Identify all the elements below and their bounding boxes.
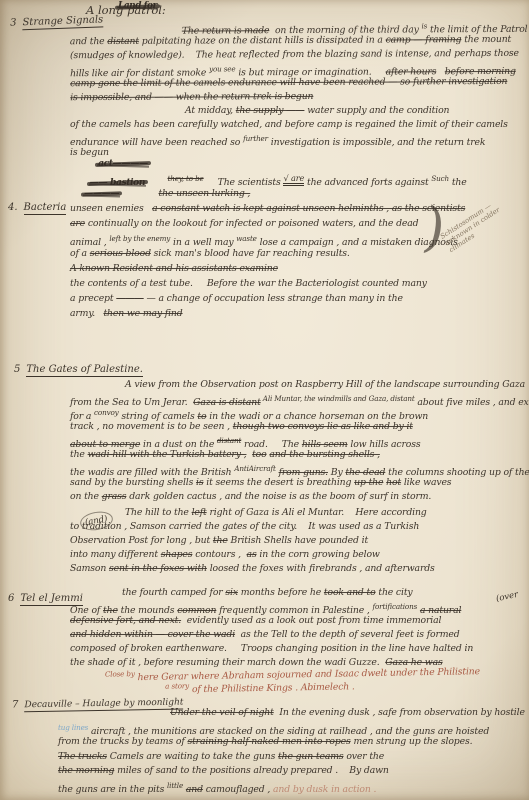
manuscript-line: sand by the bursting shells is it seems … [70, 476, 526, 490]
paragraph: The hill to the left right of Gaza is Al… [70, 506, 526, 576]
text-segment: months before he [238, 587, 324, 598]
paragraph: A view from the Observation post on Rasp… [70, 378, 526, 504]
section-5-heading: 5The Gates of Palestine. [14, 357, 143, 376]
text-segment: from the trucks by teams of [58, 736, 187, 747]
text-segment: Before the war the Bacteriologist counte… [193, 278, 427, 289]
text-segment: contours , [192, 549, 246, 560]
paragraph: The return is made on the morning of the… [70, 19, 526, 105]
struck-text-segment: though two convoys lie as like and by it [233, 421, 413, 432]
manuscript-line: Samson sent in the foxes with loosed the… [70, 562, 526, 576]
text-segment: — a change of occupation less strange th… [144, 293, 403, 304]
manuscript-line: A known Resident and his assistants exam… [70, 261, 526, 276]
inserted-text-segment: fortifications [373, 602, 418, 611]
struck-text-segment: shapes [161, 549, 193, 560]
struck-text-segment: the morning [58, 765, 114, 776]
text-segment: the city [376, 587, 413, 598]
inserted-text-segment: waste [236, 234, 257, 243]
struck-text-segment: as [247, 549, 257, 560]
blue-pencil-segment: tug lines [58, 723, 88, 732]
struck-text-segment: took and to [324, 587, 376, 598]
inserted-text-segment: Ali Muntar, the windmills and Gaza, dist… [261, 394, 415, 403]
manuscript-line: composed of broken earthenware. Troops c… [70, 642, 516, 656]
text-segment: British Shells have pounded it [228, 535, 368, 546]
text-segment [119, 188, 158, 199]
manuscript-line: a precept ——— — a change of occupation l… [70, 291, 526, 306]
manuscript-line: The hill to the left right of Gaza is Al… [70, 506, 526, 520]
inserted-text-segment: you see [209, 64, 235, 73]
manuscript-line: endurance will have been reached so furt… [70, 132, 526, 146]
manuscript-line: the wadi-hill with the Turkish battery ,… [70, 448, 526, 462]
text-segment: Camels are waiting to take the guns [107, 751, 278, 762]
manuscript-line: One of the the mounds common frequently … [70, 600, 516, 614]
struck-text-segment: camp — framing [386, 34, 462, 45]
section-number: 4. [8, 202, 18, 213]
struck-text-segment: distant [217, 436, 241, 445]
text-segment: of a [70, 248, 90, 259]
text-segment: loosed the foxes with firebrands , and a… [207, 563, 435, 574]
text-segment: At midday, [185, 105, 236, 116]
struck-text-segment: defensive fort, and next. [70, 615, 181, 626]
manuscript-line: ———— the unseen lurking , [70, 186, 526, 201]
text-segment: sand by the bursting shells [70, 477, 196, 488]
paragraph: At midday, the supply —— water supply an… [70, 104, 526, 160]
text-segment: water supply and the condition [304, 105, 449, 116]
scribble-segment: ———— [84, 188, 119, 199]
struck-text-segment: the supply —— [236, 105, 305, 116]
struck-text-segment: left [192, 507, 207, 518]
text-segment: the contents of a test tube. [70, 278, 193, 289]
inserted-text-segment: further [243, 134, 268, 143]
text-segment: it seems the desert is breathing [204, 477, 355, 488]
manuscript-line: Observation Post for long , but the Brit… [70, 534, 526, 548]
paragraph: the fourth camped for six months before … [70, 586, 516, 670]
scribble-segment: act———— [98, 158, 148, 169]
manuscript-line: the fourth camped for six months before … [70, 586, 516, 600]
text-segment: Samson [70, 563, 109, 574]
manuscript-line: The trucks Camels are waiting to take th… [58, 750, 526, 765]
struck-text-segment: distant [107, 36, 139, 47]
text-segment: into many different [70, 549, 161, 560]
struck-text-segment: serious blood [90, 248, 151, 259]
text-segment: the fourth camped for [122, 587, 225, 598]
section-4-margin-heading: 4.Bacteria [8, 195, 66, 214]
manuscript-line: on the grass dark golden cactus , and th… [70, 490, 526, 504]
manuscript-line: At midday, the supply —— water supply an… [70, 104, 526, 118]
section-title: The Gates of Palestine. [26, 364, 143, 377]
inserted-text-segment: √ are [283, 173, 304, 186]
manuscript-line: A view from the Observation post on Rasp… [70, 378, 526, 392]
text-segment: investigation is impossible, and the ret… [268, 137, 485, 148]
struck-text-segment: too [252, 449, 266, 460]
manuscript-line: the morning miles of sand to the positio… [58, 764, 526, 779]
text-segment: camouflaged , [203, 784, 270, 795]
inserted-text-segment: left by the enemy [109, 234, 170, 243]
struck-text-segment: A known Resident and his assistants exam… [70, 263, 278, 274]
text-segment: men strung up the slopes. [351, 736, 473, 747]
struck-text-segment: sent in the foxes with [109, 563, 207, 574]
manuscript-line: unseen enemies a constant watch is kept … [70, 201, 526, 216]
red-ink-segment: Close by [105, 669, 135, 679]
struck-text-segment: and [186, 784, 203, 795]
manuscript-page: Land for 3Strange Signals A long patrol:… [0, 0, 529, 800]
text-segment: the guns are in the pits [58, 784, 167, 795]
manuscript-line: the guns are in the pits little and camo… [58, 779, 526, 794]
text-segment: continually on the lookout for infected … [85, 218, 418, 229]
manuscript-line: the wadis are filled with the British An… [70, 462, 526, 476]
struck-text-segment: the unseen lurking , [159, 188, 251, 199]
text-segment: (smudges of knowledge). The heat reflect… [70, 48, 519, 61]
text-segment: to tradition , Samson carried the gates … [70, 521, 419, 532]
struck-text-segment: is [196, 477, 203, 488]
manuscript-line: act———— [70, 156, 526, 171]
text-segment: like waves [401, 477, 451, 488]
struck-text-segment: wadi-hill with the Turkish battery , [88, 449, 247, 460]
inserted-text-segment: little [167, 781, 183, 790]
manuscript-line: tug lines aircraft , the munitions are s… [58, 721, 526, 736]
scribble-segment: —— bastion [90, 177, 145, 188]
struck-text-segment: and the bursting shells , [269, 449, 380, 460]
manuscript-line: the contents of a test tube. Before the … [70, 276, 526, 291]
text-segment: on the [70, 491, 102, 502]
struck-text-segment: are [70, 218, 85, 229]
manuscript-line: Under the veil of night In the evening d… [58, 706, 526, 721]
manuscript-line: —— bastion they, to be The scientists √ … [70, 171, 526, 186]
section-number: 6 [8, 593, 14, 604]
text-segment: sick man's blood have far reaching resul… [151, 248, 350, 259]
red-ink-segment: of the Philistine Kings . Abimelech . [189, 681, 355, 695]
text-segment: the advanced forts against [304, 177, 431, 188]
text-segment: The hill to the [125, 507, 192, 518]
struck-text-segment: straining half-naked men into ropes [187, 736, 350, 747]
struck-text-segment: The trucks [58, 751, 107, 762]
text-segment: the [70, 449, 88, 460]
manuscript-line: to tradition , Samson carried the gates … [70, 520, 526, 534]
section-label: Bacteria [24, 202, 67, 215]
struck-text-segment: six [225, 587, 238, 598]
inserted-text-segment: convoy [94, 408, 119, 417]
text-segment: evidently used as a look out post from t… [181, 615, 441, 626]
text-segment: the [449, 177, 467, 188]
section-number: 3 [10, 17, 17, 28]
struck-text-segment: and hidden within — cover the wadi [70, 629, 235, 640]
struck-text-segment: is impossible, and —— when the return tr… [70, 91, 313, 103]
manuscript-line: about to merge in a dust on the distant … [70, 434, 526, 448]
struck-text-segment: grass [102, 491, 127, 502]
text-segment: dark golden cactus , and the noise is as… [126, 491, 431, 502]
struck-text-segment: the gun teams [278, 751, 343, 762]
text-segment: over the [344, 751, 385, 762]
struck-text-segment: hot [386, 477, 401, 488]
manuscript-line: is impossible, and —— when the return tr… [70, 89, 526, 105]
manuscript-line: track , no movement is to be seen , thou… [70, 420, 526, 434]
text-segment: miles of sand to the positions already p… [114, 765, 388, 776]
manuscript-line: from the trucks by teams of straining ha… [58, 735, 526, 750]
text-segment: about five miles , and except [415, 397, 529, 408]
text-segment: unseen enemies [70, 203, 152, 214]
text-segment: composed of broken earthenware. Troops c… [70, 643, 473, 654]
manuscript-line: for a convoy string of camels to in the … [70, 406, 526, 420]
struck-text-segment: a constant watch is kept against unseen … [152, 203, 465, 214]
text-segment: and the [70, 36, 107, 47]
text-segment: a precept [70, 293, 116, 304]
text-segment: A view from the Observation post on Rasp… [125, 379, 525, 390]
struck-text-segment: Under the veil of night [170, 707, 274, 718]
text-segment [70, 158, 98, 169]
text-segment: as the Tell to the depth of several feet… [235, 629, 460, 640]
manuscript-line: army. then we may find [70, 306, 526, 321]
inserted-text-segment: Such [431, 174, 449, 183]
page-title: A long patrol: [86, 3, 166, 17]
text-segment: of the camels has been carefully watched… [70, 119, 508, 130]
text-segment: track , no movement is to be seen , [70, 421, 233, 432]
red-ink-segment: and by dusk in action . [270, 784, 376, 795]
section-number: 7 [12, 699, 19, 710]
struck-text-segment: camp gone the limit of the camels endura… [70, 76, 507, 89]
manuscript-line: of the camels has been carefully watched… [70, 118, 526, 132]
text-segment: the mount [461, 34, 511, 45]
text-segment: right of Gaza is Ali el Muntar. Here acc… [207, 507, 427, 518]
text-segment: palpitating haze on the distant hills is… [139, 35, 386, 47]
struck-text-segment: ——— [116, 293, 143, 304]
text-segment: Observation Post for long , but [70, 535, 213, 546]
manuscript-line: from the Sea to Um Jerar. Gaza is distan… [70, 392, 526, 406]
manuscript-line: and hidden within — cover the wadi as th… [70, 628, 516, 642]
inserted-text-segment: AntiAircraft [234, 464, 275, 473]
text-segment: army. [70, 308, 103, 319]
struck-text-segment: the [213, 535, 228, 546]
paragraph: Under the veil of night In the evening d… [58, 706, 526, 793]
struck-text-segment: then we may find [103, 308, 182, 319]
text-segment: in the corn growing below [257, 549, 380, 560]
text-segment: In the evening dusk , safe from observat… [274, 707, 525, 718]
manuscript-line: defensive fort, and next. evidently used… [70, 614, 516, 628]
section-number: 5 [14, 364, 20, 375]
struck-text-segment: they, to be [167, 174, 203, 183]
manuscript-line: camp gone the limit of the camels endura… [70, 75, 526, 91]
struck-text-segment: up the [354, 477, 383, 488]
manuscript-line: into many different shapes contours , as… [70, 548, 526, 562]
